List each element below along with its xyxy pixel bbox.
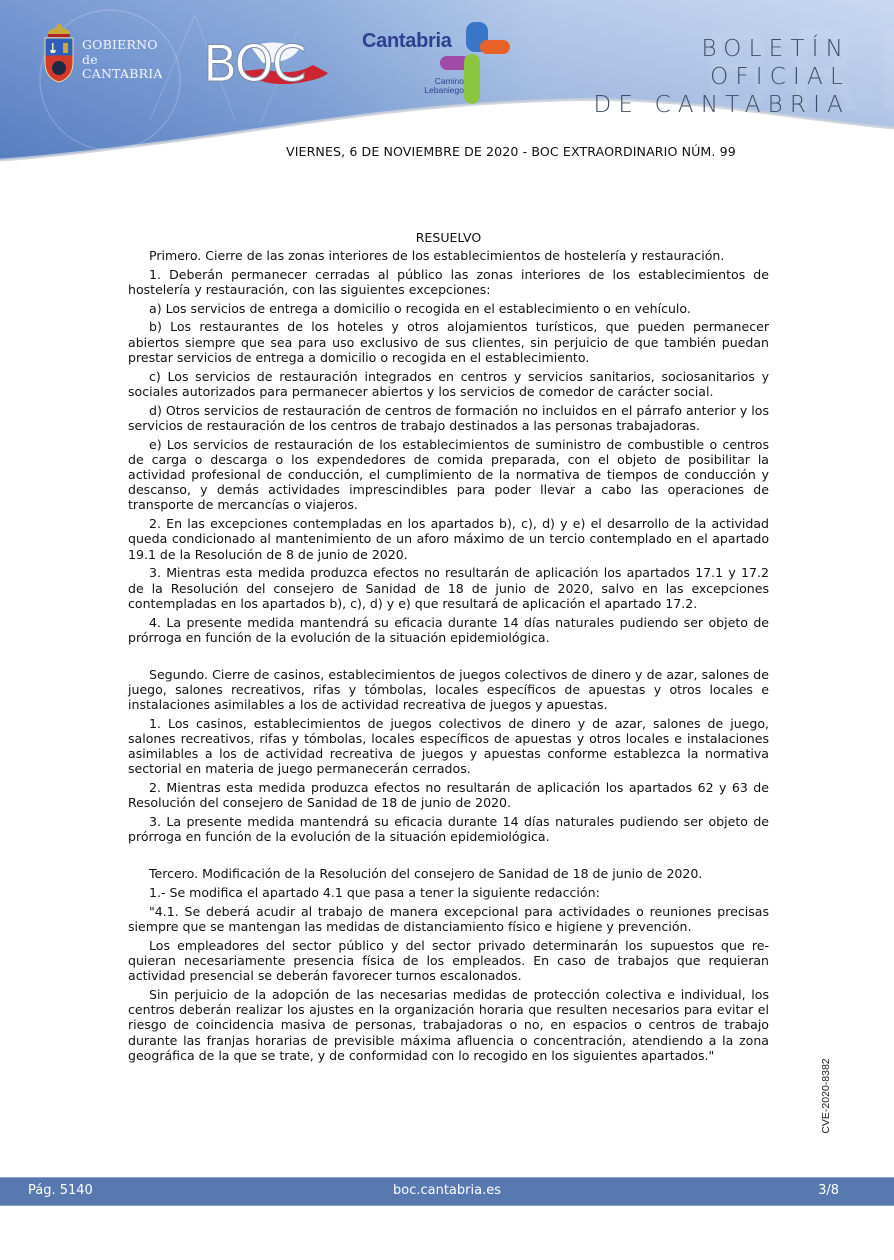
tercero-paragraph-1: 1.- Se modifica el apartado 4.1 que pasa…	[128, 885, 769, 900]
site-link[interactable]: boc.cantabria.es	[0, 1183, 894, 1198]
svg-text:BOC: BOC	[203, 35, 305, 91]
gobierno-line3: CANTABRIA	[82, 67, 163, 82]
primero-item-e: e) Los servicios de restauración de los …	[128, 437, 769, 513]
gobierno-text: GOBIERNO de CANTABRIA	[82, 38, 163, 82]
cve-code: CVE-2020-8382	[820, 1058, 832, 1133]
segundo-title: Segundo. Cierre de casinos, establecimie…	[128, 667, 769, 713]
tercero-title: Tercero. Modificación de la Resolución d…	[128, 866, 769, 881]
primero-item-c: c) Los servicios de restauración integra…	[128, 369, 769, 399]
page-footer: Pág. 5140 boc.cantabria.es 3/8	[0, 1177, 894, 1206]
issue-date-line: VIERNES, 6 DE NOVIEMBRE DE 2020 - BOC EX…	[286, 144, 736, 159]
primero-title: Primero. Cierre de las zonas interiores …	[128, 248, 769, 263]
document-body: RESUELVO Primero. Cierre de las zonas in…	[128, 230, 769, 1067]
segundo-paragraph-3: 3. La presente medida mantendrá su efica…	[128, 814, 769, 844]
primero-item-a: a) Los servicios de entrega a domicilio …	[128, 301, 769, 316]
title-line2: DE CANTABRIA	[550, 91, 850, 119]
camino-lebaniego-text: Camino Lebaniego	[408, 77, 464, 95]
section-spacer	[128, 649, 769, 667]
coat-of-arms-icon	[42, 22, 76, 84]
gobierno-line1: GOBIERNO	[82, 38, 163, 53]
section-spacer	[128, 848, 769, 866]
header-banner: BRIA GOBIERNO de CANTABRIA BOC	[0, 0, 894, 165]
cantabria-word: Cantabria	[362, 30, 452, 53]
primero-item-d: d) Otros servicios de restauración de ce…	[128, 403, 769, 433]
tercero-quote-2: Los empleadores del sector público y del…	[128, 938, 769, 984]
primero-item-b: b) Los restaurantes de los hoteles y otr…	[128, 319, 769, 365]
section-heading: RESUELVO	[128, 230, 769, 245]
tercero-quote-1: "4.1. Se deberá acudir al trabajo de man…	[128, 904, 769, 934]
lebaniego-text: Lebaniego	[424, 85, 464, 95]
primero-paragraph-3: 3. Mientras esta medida produzca efectos…	[128, 565, 769, 611]
page-count: 3/8	[818, 1183, 839, 1198]
segundo-paragraph-2: 2. Mientras esta medida produzca efectos…	[128, 780, 769, 810]
publication-title: BOLETÍN OFICIAL DE CANTABRIA	[550, 35, 850, 119]
primero-paragraph-4: 4. La presente medida mantendrá su efica…	[128, 615, 769, 645]
gobierno-cantabria-logo: GOBIERNO de CANTABRIA	[42, 22, 182, 90]
segundo-paragraph-1: 1. Los casinos, establecimientos de jueg…	[128, 716, 769, 777]
boc-logo: BOC	[203, 33, 333, 91]
gobierno-line2: de	[82, 53, 163, 68]
cantabria-camino-lebaniego-logo: Cantabria Camino Lebaniego	[358, 22, 518, 106]
tercero-quote-3: Sin perjuicio de la adopción de las nece…	[128, 987, 769, 1063]
primero-paragraph-2: 2. En las excepciones contempladas en lo…	[128, 516, 769, 562]
primero-paragraph-1: 1. Deberán permanecer cerradas al públic…	[128, 267, 769, 297]
title-line1: BOLETÍN OFICIAL	[550, 35, 850, 91]
